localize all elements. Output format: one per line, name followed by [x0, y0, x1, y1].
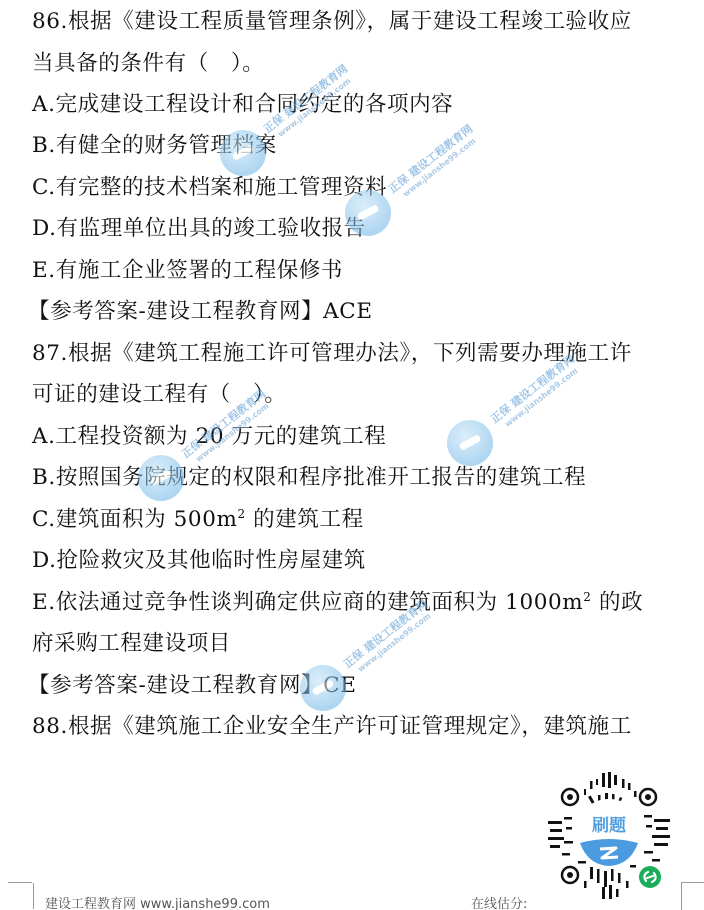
watermark-brand: 正保: [386, 172, 411, 196]
q86-option-e: E.有施工企业签署的工程保修书: [32, 257, 343, 285]
q87-option-d: D.抢险救灾及其他临时性房屋建筑: [32, 547, 366, 575]
q86-option-c: C.有完整的技术档案和施工管理资料: [32, 174, 387, 202]
q87-option-e-text-tail: 的政: [592, 590, 644, 615]
q87-option-e-text: E.依法通过竞争性谈判确定供应商的建筑面积为 1000m: [32, 590, 583, 615]
footer-url[interactable]: www.jianshe99.com: [140, 897, 270, 910]
page-corner-mark-right: [681, 882, 704, 910]
q88-stem-line-1: 88.根据《建筑施工企业安全生产许可证管理规定》，建筑施工: [32, 713, 632, 741]
q87-answer: 【参考答案-建设工程教育网】CE: [28, 672, 357, 700]
q86-option-d: D.有监理单位出具的竣工验收报告: [32, 215, 366, 243]
watermark-url: www.jianshe99.com: [503, 363, 583, 428]
watermark-url: www.jianshe99.com: [356, 608, 436, 673]
watermark-brand: 正保: [341, 647, 366, 671]
q87-option-b: B.按照国务院规定的权限和程序批准开工报告的建筑工程: [32, 464, 586, 492]
watermark-url: www.jianshe99.com: [401, 133, 481, 198]
q86-option-a: A.完成建设工程设计和合同约定的各项内容: [32, 91, 453, 119]
q86-option-b: B.有健全的财务管理档案: [32, 132, 277, 160]
q86-stem-line-2: 当具备的条件有（ ）。: [32, 50, 264, 78]
q87-option-e-cont: 府采购工程建设项目: [32, 630, 231, 658]
watermark-logo-icon: [447, 420, 493, 466]
q87-option-c-text-tail: 的建筑工程: [246, 507, 364, 532]
watermark-brand: 正保: [488, 402, 513, 426]
watermark-name: 建设工程教育网: [407, 122, 476, 180]
footer-site: 建设工程教育网 www.jianshe99.com: [45, 893, 270, 910]
superscript: 2: [237, 507, 245, 521]
footer-site-name: 建设工程教育网: [45, 897, 136, 910]
superscript: 2: [583, 590, 591, 604]
qr-code-icon[interactable]: 刷题: [542, 769, 676, 903]
document-page: 86.根据《建设工程质量管理条例》，属于建设工程竣工验收应 当具备的条件有（ ）…: [0, 0, 704, 910]
q87-option-a: A.工程投资额为 20 万元的建筑工程: [32, 423, 386, 451]
q87-stem-line-1: 87.根据《建筑工程施工许可管理办法》，下列需要办理施工许: [32, 340, 632, 368]
page-corner-mark-left-h: [8, 882, 32, 884]
q87-option-c-text: C.建筑面积为 500m: [32, 507, 237, 532]
q87-option-c: C.建筑面积为 500m2 的建筑工程: [32, 506, 364, 534]
qr-label: 刷题: [592, 815, 626, 836]
q86-answer: 【参考答案-建设工程教育网】ACE: [28, 298, 373, 326]
footer-score-label: 在线估分:: [471, 893, 527, 910]
q87-option-e: E.依法通过竞争性谈判确定供应商的建筑面积为 1000m2 的政: [32, 589, 643, 617]
page-corner-mark-left: [32, 883, 34, 909]
q86-stem-line-1: 86.根据《建设工程质量管理条例》，属于建设工程竣工验收应: [32, 8, 632, 36]
q87-stem-line-2: 可证的建设工程有（ ）。: [32, 381, 286, 409]
